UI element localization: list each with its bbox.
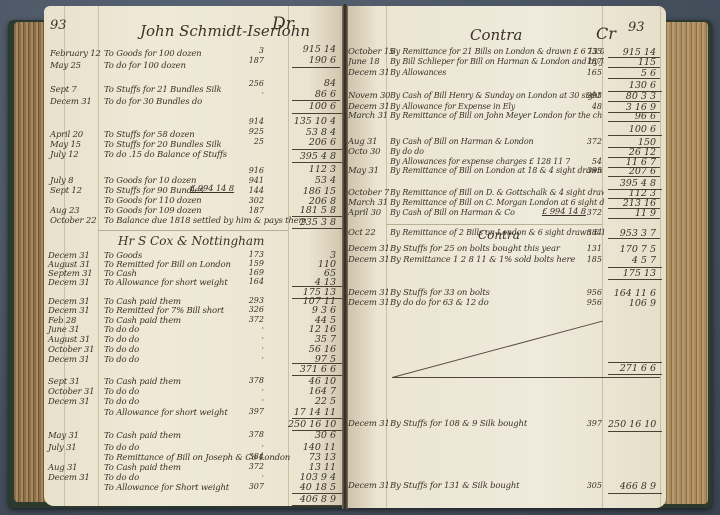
total-rule xyxy=(608,431,662,432)
total-rule xyxy=(292,113,342,114)
entry-text: By Remittance of Bill on London at 18 & … xyxy=(390,166,604,175)
entry-text: By Stuffs for 108 & 9 Silk bought xyxy=(390,419,527,429)
entry-folio: · xyxy=(240,324,264,333)
entry-date: July 8 xyxy=(50,176,73,186)
entry-amount: 4 5 7 xyxy=(608,255,656,266)
entry-folio: 378 xyxy=(240,376,264,385)
total-rule xyxy=(608,121,660,122)
entry-folio: 164 xyxy=(240,277,264,286)
entry-folio: · xyxy=(240,89,264,98)
total-rule xyxy=(608,493,662,494)
entry-amount: 250 16 10 xyxy=(608,419,656,430)
entry-text: To Allowance for short weight xyxy=(104,408,228,418)
entry-folio: 914 xyxy=(240,117,264,126)
entry-date: March 31 xyxy=(348,198,388,208)
entry-text: By do do for 63 & 12 do xyxy=(390,298,489,308)
entry-text: To do for 100 dozen xyxy=(104,61,186,71)
entry-date: Aug 31 xyxy=(348,137,377,147)
entry-folio: 185 xyxy=(578,255,602,264)
entry-date: Sept 7 xyxy=(50,85,77,95)
entry-folio: 925 xyxy=(240,127,264,136)
total-rule xyxy=(292,149,342,150)
entry-folio: 395 xyxy=(578,166,602,175)
entry-folio: 25 xyxy=(240,137,264,146)
entry-date: Decem 31 xyxy=(48,397,90,407)
closing-rule xyxy=(392,377,660,378)
entry-amount: 106 9 xyxy=(608,298,656,309)
entry-date: October 22 xyxy=(50,216,96,226)
entry-text: To Cash paid them xyxy=(104,463,181,473)
entry-folio: 956 xyxy=(578,288,602,297)
entry-text: To Stuffs for 20 Bundles Silk xyxy=(104,140,222,150)
page-edges-left xyxy=(14,22,46,502)
entry-date: May 15 xyxy=(50,140,81,150)
section-total: 271 6 6 xyxy=(608,363,656,374)
entry-amount: 466 8 9 xyxy=(608,481,656,492)
entry-text: To do do xyxy=(104,355,139,365)
entry-folio: 372 xyxy=(240,462,264,471)
entry-text: To Stuffs for 58 dozen xyxy=(104,130,195,140)
entry-folio: · xyxy=(240,472,264,481)
entry-date: Decem 31 xyxy=(348,288,390,298)
entry-amount: 915 14 xyxy=(288,44,336,55)
entry-date: March 31 xyxy=(348,111,388,121)
total-rule xyxy=(608,135,662,136)
entry-folio: 173 xyxy=(240,250,264,259)
entry-date: May 25 xyxy=(50,61,81,71)
entry-folio: 256 xyxy=(240,79,264,88)
entry-text: To do do xyxy=(104,397,139,407)
entry-text: To do do xyxy=(104,345,139,355)
entry-date: Decem 31 xyxy=(348,481,390,491)
total-rule xyxy=(608,238,660,239)
entry-text: To Goods for 110 dozen xyxy=(104,196,201,206)
entry-folio: 916 xyxy=(240,166,264,175)
entry-date: October 31 xyxy=(48,345,94,355)
entry-folio: 302 xyxy=(240,196,264,205)
entry-text: By Cash of Bill Henry & Sunday on London… xyxy=(390,91,601,100)
entry-folio: 735 xyxy=(578,47,602,56)
entry-date: June 31 xyxy=(48,325,80,335)
entry-folio: 187 xyxy=(240,56,264,65)
entry-text: By Allowance for Expense in Ely xyxy=(390,102,515,111)
entry-folio: 384 xyxy=(240,452,264,461)
entry-text: By Cash of Bill on Harman & London xyxy=(390,137,533,146)
section-total: 395 4 8 xyxy=(288,151,336,162)
entry-folio: 187 xyxy=(240,206,264,215)
entry-date: October 15 xyxy=(348,47,394,57)
entry-folio: 941 xyxy=(240,176,264,185)
entry-date: July 12 xyxy=(50,150,79,160)
entry-date: April 30 xyxy=(348,208,381,218)
entry-text: To Goods for 10 dozen xyxy=(104,176,196,186)
total-rule xyxy=(608,78,660,79)
entry-text: By Allowances xyxy=(390,68,446,77)
entry-folio: 372 xyxy=(578,137,602,146)
entry-text: By Stuffs for 131 & Silk bought xyxy=(390,481,519,491)
entry-date: Aug 23 xyxy=(50,206,79,216)
entry-folio: 305 xyxy=(578,481,602,490)
section-total: 130 6 xyxy=(608,80,656,91)
entry-folio: 187 xyxy=(578,57,602,66)
entry-folio: · xyxy=(240,334,264,343)
entry-text: To do for 30 Bundles do xyxy=(104,97,202,107)
entry-date: Decem 31 xyxy=(348,244,390,254)
section-total: 100 6 xyxy=(288,101,336,112)
entry-text: To Goods for 100 dozen xyxy=(104,49,201,59)
entry-date: August 31 xyxy=(48,335,90,345)
entry-date: Novem 30 xyxy=(348,91,390,101)
total-rule xyxy=(608,176,660,177)
account-divider xyxy=(386,224,602,225)
entry-folio: 307 xyxy=(240,482,264,491)
entry-text: By Remittance of Bill on C. Morgan Londo… xyxy=(390,198,604,207)
entry-date: May 31 xyxy=(48,431,79,441)
page-edges-right xyxy=(664,22,708,504)
entry-text: By Cash of Bill on Harman & Co xyxy=(390,208,515,217)
entry-folio: 159 xyxy=(240,259,264,268)
entry-date: Decem 31 xyxy=(48,306,90,316)
entry-date: Aug 31 xyxy=(48,463,77,473)
amount-rule xyxy=(340,6,341,506)
entry-text: To do do xyxy=(104,335,139,345)
entry-amount: 53 4 xyxy=(288,175,336,186)
left-page: 93 John Schmidt-Iserlohn Dr February 12 … xyxy=(44,6,344,506)
entry-amount: 206 6 xyxy=(288,137,336,148)
total-rule xyxy=(292,505,342,506)
entry-note: £ 994 14 8 xyxy=(190,184,234,194)
entry-folio: · xyxy=(240,386,264,395)
entry-amount: 30 6 xyxy=(288,430,336,441)
section-total: 406 8 9 xyxy=(288,494,336,505)
section-total: 371 6 6 xyxy=(288,364,336,375)
entry-amount: 40 18 5 xyxy=(288,482,336,493)
entry-date: Octo 30 xyxy=(348,147,380,157)
entry-folio: 326 xyxy=(240,305,264,314)
second-account-title: Contra xyxy=(478,228,520,242)
section-total: 250 16 10 xyxy=(288,419,336,430)
entry-date: Decem 31 xyxy=(348,298,390,308)
entry-folio: · xyxy=(240,396,264,405)
entry-folio: 165 xyxy=(578,68,602,77)
entry-amount: 170 7 5 xyxy=(608,244,656,255)
entry-amount: 22 5 xyxy=(288,396,336,407)
book-gutter xyxy=(342,4,348,509)
second-account-title: Hr S Cox & Nottingham xyxy=(118,234,264,248)
entry-text: To Goods for 109 dozen xyxy=(104,206,201,216)
entry-folio: 144 xyxy=(240,186,264,195)
entry-text: To do do xyxy=(104,443,139,453)
account-title: Contra xyxy=(470,26,522,44)
total-rule xyxy=(292,67,340,68)
entry-amount: 190 6 xyxy=(288,55,336,66)
entry-date: Oct 22 xyxy=(348,228,375,238)
entry-text: To Cash paid them xyxy=(104,431,181,441)
entry-text: By Remittance of Bill on D. & Gottschalk… xyxy=(390,188,604,197)
entry-date: April 20 xyxy=(50,130,83,140)
entry-text: By Remittance 1 2 8 11 & 1% sold bolts h… xyxy=(390,255,575,265)
entry-folio: · xyxy=(240,354,264,363)
section-total: 235 3 8 xyxy=(288,217,336,228)
entry-text: To Allowance for Short weight xyxy=(104,483,229,493)
account-divider xyxy=(98,230,288,231)
entry-folio: 169 xyxy=(240,268,264,277)
entry-amount: 112 3 xyxy=(288,164,336,175)
total-rule xyxy=(292,228,342,229)
entry-text: By Stuffs for 33 on bolts xyxy=(390,288,490,298)
entry-folio: 131 xyxy=(578,244,602,253)
entry-folio: 293 xyxy=(240,296,264,305)
entry-text: To do do xyxy=(104,473,139,483)
debit-marker: Dr xyxy=(272,14,294,34)
entry-text: By Stuffs for 25 on bolts bought this ye… xyxy=(390,244,560,254)
entry-amount: 181 5 8 xyxy=(288,205,336,216)
entry-text: By do do xyxy=(390,147,424,156)
entry-text: By Allowances for expense charges £ 128 … xyxy=(390,157,570,166)
date-rule xyxy=(98,6,99,506)
entry-text: To Stuffs for 90 Bundles xyxy=(104,186,203,196)
entry-date: Decem 31 xyxy=(48,278,90,288)
entry-folio: 54 xyxy=(578,157,602,166)
entry-text: To Remitted for 7% Bill short xyxy=(104,306,224,316)
total-rule xyxy=(608,279,662,280)
entry-text: To do do xyxy=(104,325,139,335)
entry-date: Decem 31 xyxy=(348,255,390,265)
entry-date: February 12 xyxy=(50,49,101,59)
page-number: 93 xyxy=(50,18,67,33)
entry-folio: 3 xyxy=(240,46,264,55)
entry-folio: 48 xyxy=(578,102,602,111)
entry-amount: 135 10 4 xyxy=(288,116,336,127)
entry-folio: 372 xyxy=(578,208,602,217)
entry-amount: 17 14 11 xyxy=(288,407,336,418)
entry-folio: 956 xyxy=(578,298,602,307)
entry-date: Sept 12 xyxy=(50,186,82,196)
entry-folio: 372 xyxy=(240,315,264,324)
entry-date: October 31 xyxy=(48,387,94,397)
entry-date: Decem 31 xyxy=(48,355,90,365)
entry-folio: 384 xyxy=(578,228,602,237)
credit-marker: Cr xyxy=(596,24,616,43)
amount-rule xyxy=(660,6,661,508)
entry-text: To do do xyxy=(104,387,139,397)
total-rule xyxy=(292,162,342,163)
right-page: Contra Cr 93 October 15By Remittance for… xyxy=(346,6,666,508)
entry-folio: 397 xyxy=(240,407,264,416)
entry-folio: · xyxy=(240,442,264,451)
entry-text: To do .15 do Balance of Stuffs xyxy=(104,150,227,160)
section-total: 175 13 xyxy=(608,268,656,279)
entry-date: Decem 31 xyxy=(50,97,92,107)
section-total: 100 6 xyxy=(608,124,656,135)
entry-folio: 397 xyxy=(578,419,602,428)
total-rule xyxy=(608,218,660,219)
page-number: 93 xyxy=(628,20,645,35)
cancellation-diagonal xyxy=(392,321,603,378)
entry-date: June 18 xyxy=(348,57,380,67)
entry-date: October 7 xyxy=(348,188,389,198)
entry-date: July 31 xyxy=(48,443,77,453)
entry-text: To Stuffs for 21 Bundles Silk xyxy=(104,85,222,95)
entry-amount: 84 xyxy=(288,78,336,89)
entry-text: By Bill Schlieper for Bill on Harman & L… xyxy=(390,57,604,66)
entry-date: Decem 31 xyxy=(48,473,90,483)
entry-text: By Remittance for 21 Bills on London & d… xyxy=(390,47,604,56)
entry-folio: · xyxy=(240,344,264,353)
entry-folio: 993 xyxy=(578,91,602,100)
total-rule xyxy=(608,374,662,375)
entry-text: To Allowance for short weight xyxy=(104,278,228,288)
entry-date: May 31 xyxy=(348,166,379,176)
entry-amount: 86 6 xyxy=(288,89,336,100)
entry-date: Sept 31 xyxy=(48,377,80,387)
entry-text: To Cash paid them xyxy=(104,377,181,387)
entry-date: Decem 31 xyxy=(348,68,390,78)
entry-folio: 378 xyxy=(240,430,264,439)
entry-text: To Balance due 1818 settled by him & pay… xyxy=(104,216,306,226)
entry-text: By Remittance of Bill on John Meyer Lond… xyxy=(390,111,604,120)
folio-rule xyxy=(602,6,603,508)
entry-date: Decem 31 xyxy=(348,419,390,429)
